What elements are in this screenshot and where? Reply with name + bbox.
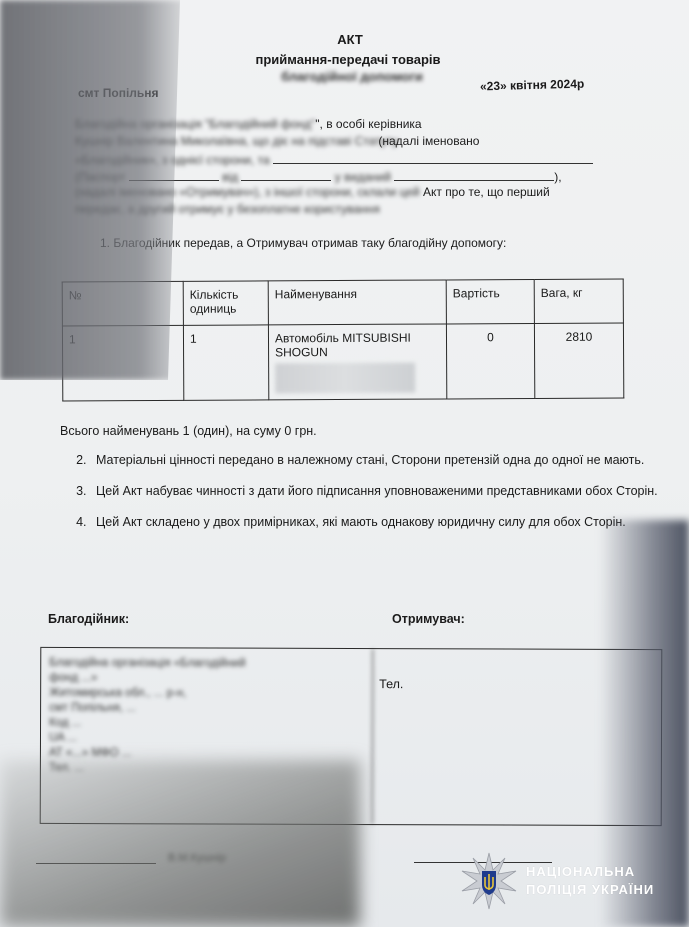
police-watermark: НАЦІОНАЛЬНА ПОЛІЦІЯ УКРАЇНИ xyxy=(460,852,654,910)
police-star-icon xyxy=(460,852,518,910)
item-model: SHOGUN xyxy=(275,344,440,359)
blank-line xyxy=(273,152,593,164)
donor-detail-line: UA ... xyxy=(49,731,364,747)
intro-text: ), xyxy=(554,170,561,184)
cell-cost: 0 xyxy=(446,323,534,398)
cell-qty: 1 xyxy=(183,325,268,400)
col-header-cost: Вартість xyxy=(446,279,534,323)
police-text: НАЦІОНАЛЬНА ПОЛІЦІЯ УКРАЇНИ xyxy=(526,863,654,899)
clause-3: Цей Акт набуває чинності з дати його під… xyxy=(90,483,689,500)
col-header-qty: Кількість одиниць xyxy=(183,281,268,325)
redacted-vin xyxy=(275,363,415,394)
donor-detail-line: Житомирська обл., ... р-н, xyxy=(49,686,364,702)
recipient-label: Отримувач: xyxy=(392,612,465,626)
cell-weight: 2810 xyxy=(534,323,623,398)
cell-name: Автомобіль MITSUBISHI SHOGUN xyxy=(268,324,446,400)
clause-2: Матеріальні цінності передано в належном… xyxy=(90,452,689,469)
donor-detail-line: смт Попільня, ... xyxy=(49,701,364,717)
blank-line xyxy=(241,169,331,181)
blank-line xyxy=(394,169,554,181)
document-page: АКТ приймання-передачі товарів благодійн… xyxy=(0,0,689,927)
clauses-list: Матеріальні цінності передано в належном… xyxy=(50,452,689,545)
total-summary: Всього найменувань 1 (один), на суму 0 г… xyxy=(60,424,317,438)
watermark-line-2: ПОЛІЦІЯ УКРАЇНИ xyxy=(526,881,654,899)
donor-detail-line: Код ... xyxy=(49,716,364,732)
col-header-weight: Вага, кг xyxy=(534,279,623,323)
donor-detail-line: фонд ...» xyxy=(49,671,364,687)
item-name: Автомобіль MITSUBISHI xyxy=(275,330,440,345)
col-header-name: Найменування xyxy=(268,280,446,325)
donor-detail-line: Благодійна організація «Благодійний xyxy=(49,656,364,672)
intro-text: Акт про те, що перший xyxy=(423,185,550,199)
intro-text: ", в особі керівника xyxy=(315,117,421,131)
watermark-line-1: НАЦІОНАЛЬНА xyxy=(526,863,654,881)
redacted-text: від xyxy=(222,170,238,184)
donor-label: Благодійник: xyxy=(48,612,129,626)
date: «23» квітня 2024р xyxy=(480,77,585,94)
photo-shadow xyxy=(0,760,360,927)
redacted-text: у виданий xyxy=(335,170,391,184)
